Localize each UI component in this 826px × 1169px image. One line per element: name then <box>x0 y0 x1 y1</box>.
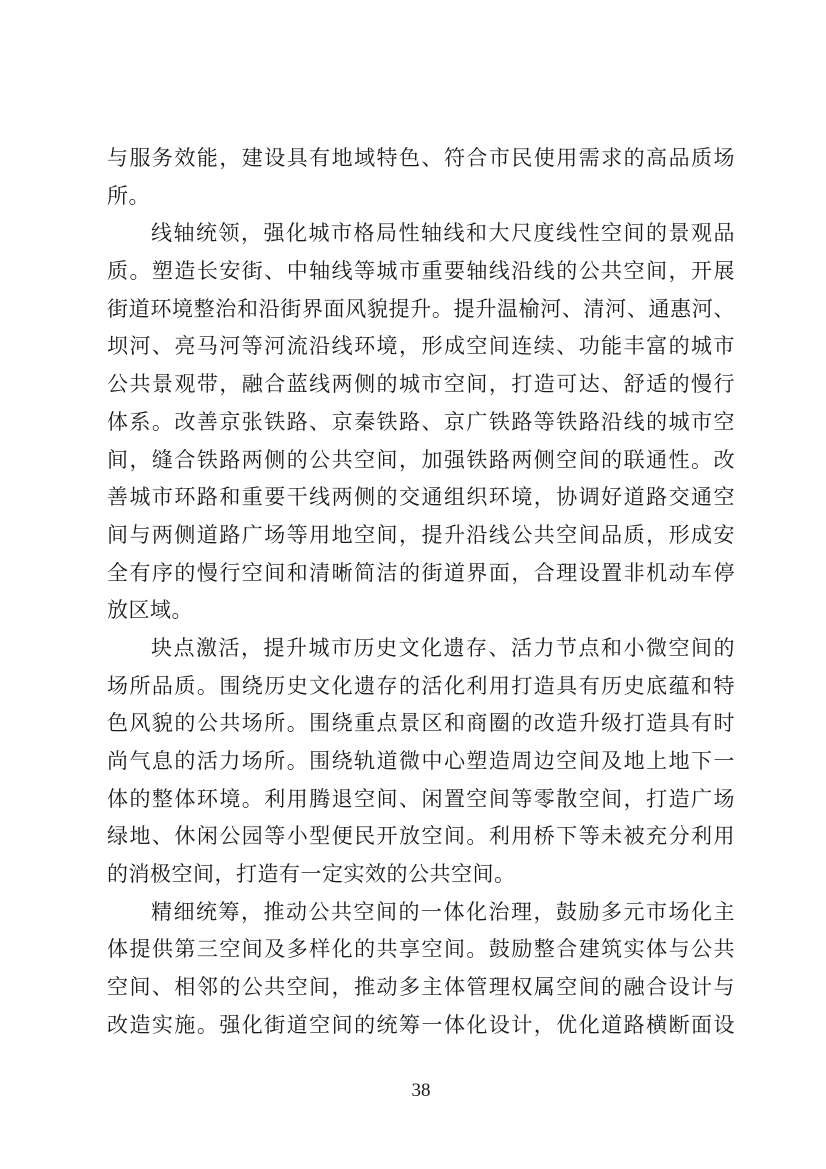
text-line: 体的整体环境。利用腾退空间、闲置空间等零散空间，打造广场 <box>107 781 735 819</box>
document-page: 与服务效能，建设具有地域特色、符合市民使用需求的高品质场所。线轴统领，强化城市格… <box>0 0 826 1169</box>
text-line: 质。塑造长安街、中轴线等城市重要轴线沿线的公共空间，开展 <box>107 253 735 291</box>
text-line: 空间、相邻的公共空间，推动多主体管理权属空间的融合设计与 <box>107 969 735 1007</box>
text-line: 坝河、亮马河等河流沿线环境，形成空间连续、功能丰富的城市 <box>107 328 735 366</box>
text-line: 街道环境整治和沿街界面风貌提升。提升温榆河、清河、通惠河、 <box>107 291 735 329</box>
paragraph: 块点激活，提升城市历史文化遗存、活力节点和小微空间的场所品质。围绕历史文化遗存的… <box>107 630 735 894</box>
text-line: 改造实施。强化街道空间的统筹一体化设计，优化道路横断面设 <box>107 1007 735 1045</box>
text-line: 体系。改善京张铁路、京秦铁路、京广铁路等铁路沿线的城市空 <box>107 404 735 442</box>
text-line: 线轴统领，强化城市格局性轴线和大尺度线性空间的景观品 <box>107 215 735 253</box>
text-line: 精细统筹，推动公共空间的一体化治理，鼓励多元市场化主 <box>107 894 735 932</box>
page-footer: 38 <box>107 1078 735 1104</box>
text-line: 间，缝合铁路两侧的公共空间，加强铁路两侧空间的联通性。改 <box>107 442 735 480</box>
text-block: 与服务效能，建设具有地域特色、符合市民使用需求的高品质场所。线轴统领，强化城市格… <box>107 140 735 1045</box>
text-line: 的消极空间，打造有一定实效的公共空间。 <box>107 856 735 894</box>
text-line: 色风貌的公共场所。围绕重点景区和商圈的改造升级打造具有时 <box>107 705 735 743</box>
text-line: 公共景观带，融合蓝线两侧的城市空间，打造可达、舒适的慢行 <box>107 366 735 404</box>
text-line: 体提供第三空间及多样化的共享空间。鼓励整合建筑实体与公共 <box>107 931 735 969</box>
paragraph: 线轴统领，强化城市格局性轴线和大尺度线性空间的景观品质。塑造长安街、中轴线等城市… <box>107 215 735 630</box>
text-line: 所。 <box>107 178 735 216</box>
text-line: 间与两侧道路广场等用地空间，提升沿线公共空间品质，形成安 <box>107 517 735 555</box>
text-line: 全有序的慢行空间和清晰简洁的街道界面，合理设置非机动车停 <box>107 555 735 593</box>
text-line: 放区域。 <box>107 592 735 630</box>
text-line: 尚气息的活力场所。围绕轨道微中心塑造周边空间及地上地下一 <box>107 743 735 781</box>
paragraph: 精细统筹，推动公共空间的一体化治理，鼓励多元市场化主体提供第三空间及多样化的共享… <box>107 894 735 1045</box>
text-line: 绿地、休闲公园等小型便民开放空间。利用桥下等未被充分利用 <box>107 818 735 856</box>
page-number: 38 <box>412 1078 431 1104</box>
text-line: 块点激活，提升城市历史文化遗存、活力节点和小微空间的 <box>107 630 735 668</box>
text-line: 场所品质。围绕历史文化遗存的活化利用打造具有历史底蕴和特 <box>107 668 735 706</box>
text-line: 与服务效能，建设具有地域特色、符合市民使用需求的高品质场 <box>107 140 735 178</box>
text-line: 善城市环路和重要干线两侧的交通组织环境，协调好道路交通空 <box>107 479 735 517</box>
paragraph: 与服务效能，建设具有地域特色、符合市民使用需求的高品质场所。 <box>107 140 735 215</box>
